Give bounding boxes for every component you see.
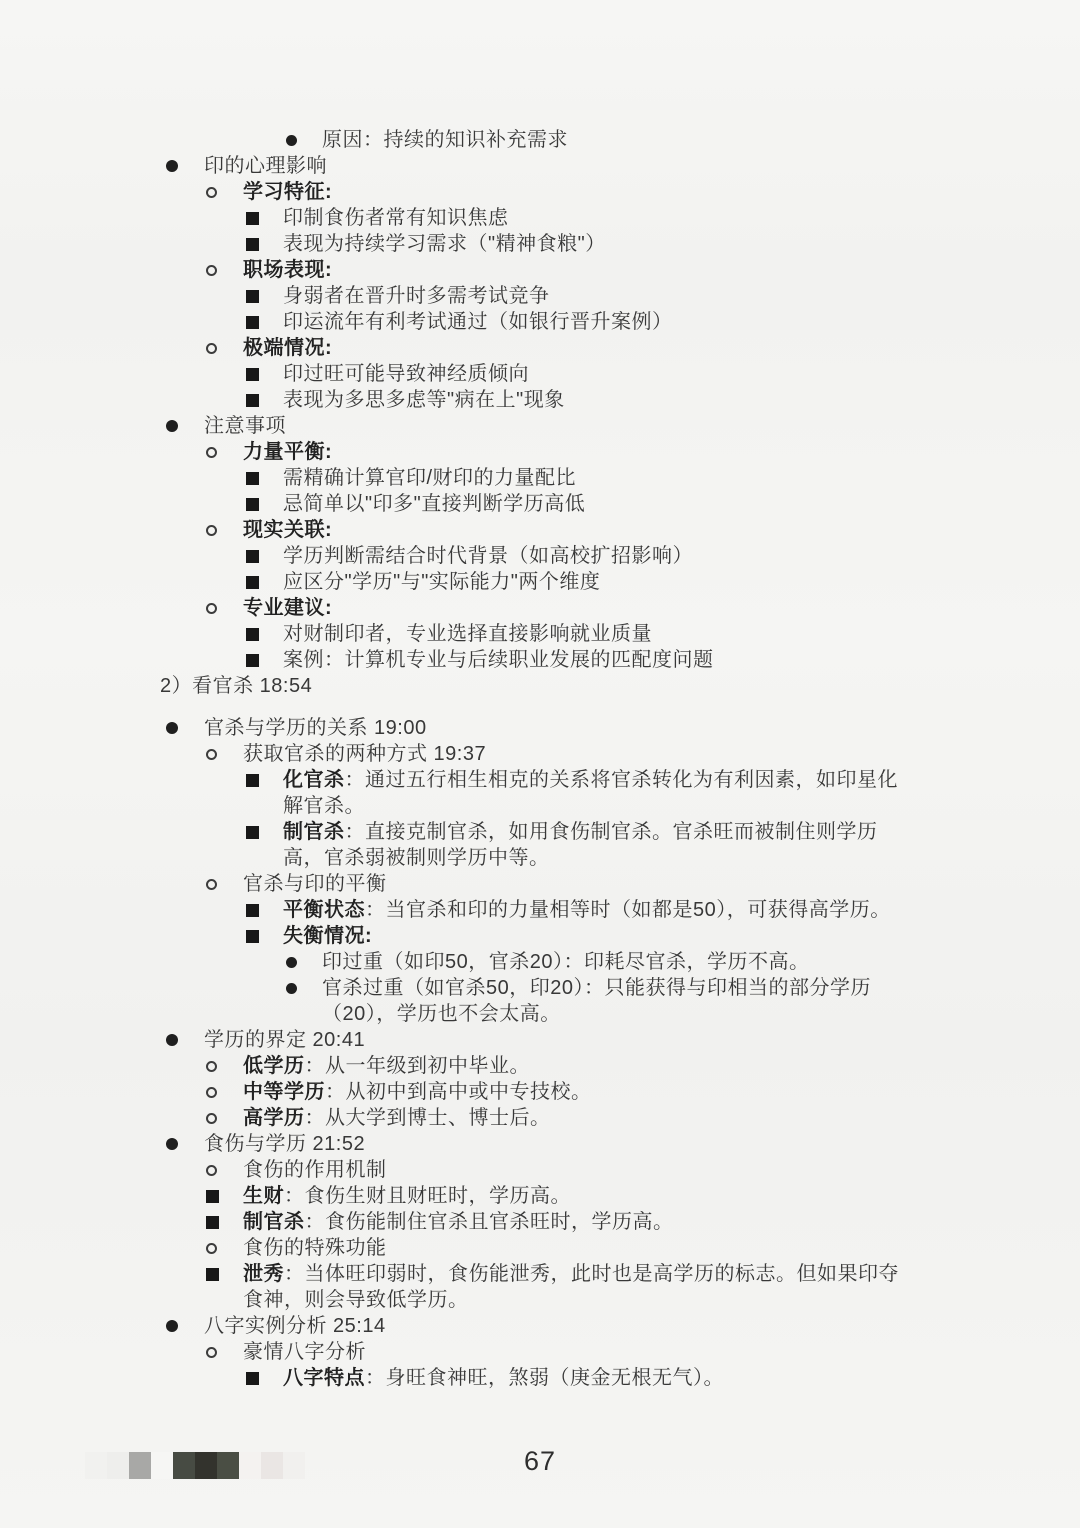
outline-item: 中等学历：从初中到高中或中专技校。: [0, 1079, 915, 1105]
square-bullet-icon: [246, 621, 283, 641]
circle-bullet-icon: [206, 1157, 243, 1176]
square-bullet-icon: [246, 387, 283, 407]
outline-item: 印的心理影响: [0, 153, 915, 179]
outline-body-text: 官杀与印的平衡: [243, 873, 387, 895]
outline-item: 印过旺可能导致神经质倾向: [0, 361, 915, 387]
circle-bullet-icon: [206, 439, 243, 458]
outline-item: 学习特征:: [0, 179, 915, 205]
outline-body-text: 食伤的作用机制: [243, 1159, 387, 1181]
bullet-icon: [286, 975, 322, 994]
outline-term: 现实关联:: [243, 519, 332, 541]
outline-text: 官杀过重（如官杀50，印20）：只能获得与印相当的部分学历（20），学历也不会太…: [322, 975, 915, 1027]
outline-text: 官杀与学历的关系 19:00: [204, 715, 915, 741]
outline-body-text: 学历的界定 20:41: [204, 1029, 365, 1051]
square-bullet-icon: [246, 923, 283, 943]
outline-text: 现实关联:: [243, 517, 915, 543]
outline-item: 极端情况:: [0, 335, 915, 361]
bullet-icon: [286, 127, 322, 146]
outline-text: 学习特征:: [243, 179, 915, 205]
circle-bullet-icon: [206, 871, 243, 890]
outline-text: 案例：计算机专业与后续职业发展的匹配度问题: [283, 647, 915, 673]
outline-body-text: 应区分"学历"与"实际能力"两个维度: [283, 571, 600, 593]
outline-item: 身弱者在晋升时多需考试竞争: [0, 283, 915, 309]
outline-text: 2）看官杀 18:54: [160, 673, 915, 699]
outline-text: 获取官杀的两种方式 19:37: [243, 741, 915, 767]
square-bullet-icon: [246, 897, 283, 917]
bullet-icon: [166, 1313, 204, 1332]
outline-item: 原因：持续的知识补充需求: [0, 127, 915, 153]
outline-text: 中等学历：从初中到高中或中专技校。: [243, 1079, 915, 1105]
outline-item: 失衡情况:: [0, 923, 915, 949]
bullet-icon: [166, 715, 204, 734]
outline-item: 表现为持续学习需求（"精神食粮"）: [0, 231, 915, 257]
outline-text: 低学历：从一年级到初中毕业。: [243, 1053, 915, 1079]
outline-item: 八字实例分析 25:14: [0, 1313, 915, 1339]
outline-item: 低学历：从一年级到初中毕业。: [0, 1053, 915, 1079]
outline-text: 豪情八字分析: [243, 1339, 915, 1365]
outline-item: 官杀与学历的关系 19:00: [0, 715, 915, 741]
outline-text: 印的心理影响: [204, 153, 915, 179]
outline-body-text: 印过旺可能导致神经质倾向: [283, 363, 529, 385]
outline-term: 高学历: [243, 1107, 305, 1129]
outline-text: 八字实例分析 25:14: [204, 1313, 915, 1339]
outline-item: 对财制印者，专业选择直接影响就业质量: [0, 621, 915, 647]
outline-text: 力量平衡:: [243, 439, 915, 465]
outline-term: 职场表现:: [243, 259, 332, 281]
outline-body-text: 印过重（如印50，官杀20）：印耗尽官杀，学历不高。: [322, 951, 810, 973]
circle-bullet-icon: [206, 1105, 243, 1124]
outline-item: 专业建议:: [0, 595, 915, 621]
outline-item: 现实关联:: [0, 517, 915, 543]
outline-item: 豪情八字分析: [0, 1339, 915, 1365]
outline: 原因：持续的知识补充需求印的心理影响学习特征:印制食伤者常有知识焦虑表现为持续学…: [0, 127, 915, 1391]
square-bullet-icon: [206, 1183, 243, 1203]
outline-term: 泄秀: [243, 1263, 284, 1285]
outline-body-text: 需精确计算官印/财印的力量配比: [283, 467, 576, 489]
outline-item: 2）看官杀 18:54: [0, 673, 915, 699]
outline-body-text: 2）看官杀 18:54: [160, 675, 312, 697]
square-bullet-icon: [246, 647, 283, 667]
outline-body-text: 案例：计算机专业与后续职业发展的匹配度问题: [283, 649, 714, 671]
outline-text: 印过旺可能导致神经质倾向: [283, 361, 915, 387]
outline-text: 学历的界定 20:41: [204, 1027, 915, 1053]
bullet-icon: [166, 1131, 204, 1150]
outline-text: 极端情况:: [243, 335, 915, 361]
outline-text: 对财制印者，专业选择直接影响就业质量: [283, 621, 915, 647]
outline-item: 学历的界定 20:41: [0, 1027, 915, 1053]
outline-text: 制官杀：食伤能制住官杀且官杀旺时，学历高。: [243, 1209, 915, 1235]
outline-text: 表现为多思多虑等"病在上"现象: [283, 387, 915, 413]
outline-text: 注意事项: [204, 413, 915, 439]
outline-item: 平衡状态：当官杀和印的力量相等时（如都是50），可获得高学历。: [0, 897, 915, 923]
outline-text: 食伤的作用机制: [243, 1157, 915, 1183]
circle-bullet-icon: [206, 595, 243, 614]
outline-body-text: 表现为持续学习需求（"精神食粮"）: [283, 233, 606, 255]
bullet-icon: [286, 949, 322, 968]
circle-bullet-icon: [206, 257, 243, 276]
square-bullet-icon: [246, 465, 283, 485]
outline-item: 力量平衡:: [0, 439, 915, 465]
outline-item: 表现为多思多虑等"病在上"现象: [0, 387, 915, 413]
outline-body-text: 表现为多思多虑等"病在上"现象: [283, 389, 565, 411]
outline-text: 职场表现:: [243, 257, 915, 283]
outline-body-text: ：直接克制官杀，如用食伤制官杀。官杀旺而被制住则学历高，官杀弱被制则学历中等。: [283, 821, 878, 869]
square-bullet-icon: [246, 361, 283, 381]
outline-item: 食伤的特殊功能: [0, 1235, 915, 1261]
outline-text: 专业建议:: [243, 595, 915, 621]
outline-text: 食伤与学历 21:52: [204, 1131, 915, 1157]
outline-term: 八字特点: [283, 1367, 365, 1389]
outline-term: 低学历: [243, 1055, 305, 1077]
outline-text: 表现为持续学习需求（"精神食粮"）: [283, 231, 915, 257]
page-footer: 67: [0, 1444, 1080, 1504]
outline-body-text: ：从初中到高中或中专技校。: [325, 1081, 592, 1103]
outline-text: 原因：持续的知识补充需求: [322, 127, 915, 153]
outline-item: 高学历：从大学到博士、博士后。: [0, 1105, 915, 1131]
outline-item: 生财：食伤生财且财旺时，学历高。: [0, 1183, 915, 1209]
outline-item: 忌简单以"印多"直接判断学历高低: [0, 491, 915, 517]
circle-bullet-icon: [206, 1079, 243, 1098]
outline-term: 中等学历: [243, 1081, 325, 1103]
outline-body-text: ：食伤生财且财旺时，学历高。: [284, 1185, 571, 1207]
outline-body-text: 注意事项: [204, 415, 286, 437]
circle-bullet-icon: [206, 1053, 243, 1072]
outline-text: 身弱者在晋升时多需考试竞争: [283, 283, 915, 309]
outline-body-text: 官杀与学历的关系 19:00: [204, 717, 427, 739]
square-bullet-icon: [246, 767, 283, 787]
outline-body-text: 八字实例分析 25:14: [204, 1315, 386, 1337]
outline-item: 应区分"学历"与"实际能力"两个维度: [0, 569, 915, 595]
outline-body-text: 食伤的特殊功能: [243, 1237, 387, 1259]
square-bullet-icon: [246, 543, 283, 563]
square-bullet-icon: [246, 1365, 283, 1385]
outline-item: 印运流年有利考试通过（如银行晋升案例）: [0, 309, 915, 335]
outline-item: 注意事项: [0, 413, 915, 439]
outline-text: 生财：食伤生财且财旺时，学历高。: [243, 1183, 915, 1209]
outline-body-text: ：食伤能制住官杀且官杀旺时，学历高。: [305, 1211, 674, 1233]
outline-item: 获取官杀的两种方式 19:37: [0, 741, 915, 767]
outline-body-text: ：当体旺印弱时，食伤能泄秀，此时也是高学历的标志。但如果印夺食神，则会导致低学历…: [243, 1263, 899, 1311]
outline-term: 力量平衡:: [243, 441, 332, 463]
bullet-icon: [166, 153, 204, 172]
outline-item: 食伤与学历 21:52: [0, 1131, 915, 1157]
outline-body-text: ：当官杀和印的力量相等时（如都是50），可获得高学历。: [365, 899, 891, 921]
outline-text: 学历判断需结合时代背景（如高校扩招影响）: [283, 543, 915, 569]
square-bullet-icon: [246, 491, 283, 511]
outline-text: 印运流年有利考试通过（如银行晋升案例）: [283, 309, 915, 335]
square-bullet-icon: [246, 819, 283, 839]
outline-item: 官杀与印的平衡: [0, 871, 915, 897]
circle-bullet-icon: [206, 1235, 243, 1254]
outline-term: 学习特征:: [243, 181, 332, 203]
outline-item: 化官杀：通过五行相生相克的关系将官杀转化为有利因素，如印星化解官杀。: [0, 767, 915, 819]
outline-item: 官杀过重（如官杀50，印20）：只能获得与印相当的部分学历（20），学历也不会太…: [0, 975, 915, 1027]
circle-bullet-icon: [206, 1339, 243, 1358]
outline-item: 食伤的作用机制: [0, 1157, 915, 1183]
outline-body-text: 身弱者在晋升时多需考试竞争: [283, 285, 550, 307]
outline-item: 需精确计算官印/财印的力量配比: [0, 465, 915, 491]
outline-text: 泄秀：当体旺印弱时，食伤能泄秀，此时也是高学历的标志。但如果印夺食神，则会导致低…: [243, 1261, 915, 1313]
outline-term: 制官杀: [243, 1211, 305, 1233]
outline-body-text: ：从一年级到初中毕业。: [305, 1055, 531, 1077]
outline-text: 食伤的特殊功能: [243, 1235, 915, 1261]
square-bullet-icon: [246, 309, 283, 329]
outline-term: 专业建议:: [243, 597, 332, 619]
bullet-icon: [166, 1027, 204, 1046]
outline-item: 印过重（如印50，官杀20）：印耗尽官杀，学历不高。: [0, 949, 915, 975]
circle-bullet-icon: [206, 179, 243, 198]
square-bullet-icon: [246, 569, 283, 589]
square-bullet-icon: [246, 283, 283, 303]
circle-bullet-icon: [206, 335, 243, 354]
square-bullet-icon: [246, 205, 283, 225]
outline-item: 印制食伤者常有知识焦虑: [0, 205, 915, 231]
outline-body-text: 学历判断需结合时代背景（如高校扩招影响）: [283, 545, 693, 567]
outline-body-text: 忌简单以"印多"直接判断学历高低: [283, 493, 585, 515]
outline-body-text: 获取官杀的两种方式 19:37: [243, 743, 486, 765]
outline-text: 忌简单以"印多"直接判断学历高低: [283, 491, 915, 517]
outline-text: 失衡情况:: [283, 923, 915, 949]
outline-text: 平衡状态：当官杀和印的力量相等时（如都是50），可获得高学历。: [283, 897, 915, 923]
outline-body-text: 印制食伤者常有知识焦虑: [283, 207, 509, 229]
outline-item: 学历判断需结合时代背景（如高校扩招影响）: [0, 543, 915, 569]
outline-body-text: 印的心理影响: [204, 155, 327, 177]
square-bullet-icon: [206, 1261, 243, 1281]
outline-text: 八字特点：身旺食神旺，煞弱（庚金无根无气）。: [283, 1365, 915, 1391]
circle-bullet-icon: [206, 741, 243, 760]
outline-text: 官杀与印的平衡: [243, 871, 915, 897]
outline-body-text: 官杀过重（如官杀50，印20）：只能获得与印相当的部分学历（20），学历也不会太…: [322, 977, 871, 1025]
outline-text: 印制食伤者常有知识焦虑: [283, 205, 915, 231]
outline-item: 制官杀：直接克制官杀，如用食伤制官杀。官杀旺而被制住则学历高，官杀弱被制则学历中…: [0, 819, 915, 871]
outline-term: 化官杀: [283, 769, 345, 791]
outline-term: 制官杀: [283, 821, 345, 843]
outline-text: 制官杀：直接克制官杀，如用食伤制官杀。官杀旺而被制住则学历高，官杀弱被制则学历中…: [283, 819, 915, 871]
outline-term: 失衡情况:: [283, 925, 372, 947]
circle-bullet-icon: [206, 517, 243, 536]
outline-body-text: ：通过五行相生相克的关系将官杀转化为有利因素，如印星化解官杀。: [283, 769, 898, 817]
outline-body-text: 豪情八字分析: [243, 1341, 366, 1363]
outline-term: 极端情况:: [243, 337, 332, 359]
outline-body-text: ：身旺食神旺，煞弱（庚金无根无气）。: [365, 1367, 724, 1389]
outline-text: 高学历：从大学到博士、博士后。: [243, 1105, 915, 1131]
outline-item: 案例：计算机专业与后续职业发展的匹配度问题: [0, 647, 915, 673]
outline-item: 泄秀：当体旺印弱时，食伤能泄秀，此时也是高学历的标志。但如果印夺食神，则会导致低…: [0, 1261, 915, 1313]
outline-body-text: 食伤与学历 21:52: [204, 1133, 365, 1155]
square-bullet-icon: [246, 231, 283, 251]
outline-body-text: 印运流年有利考试通过（如银行晋升案例）: [283, 311, 673, 333]
outline-item: 职场表现:: [0, 257, 915, 283]
outline-text: 化官杀：通过五行相生相克的关系将官杀转化为有利因素，如印星化解官杀。: [283, 767, 915, 819]
outline-text: 印过重（如印50，官杀20）：印耗尽官杀，学历不高。: [322, 949, 915, 975]
outline-body-text: 对财制印者，专业选择直接影响就业质量: [283, 623, 652, 645]
outline-item: 制官杀：食伤能制住官杀且官杀旺时，学历高。: [0, 1209, 915, 1235]
outline-term: 平衡状态: [283, 899, 365, 921]
outline-text: 需精确计算官印/财印的力量配比: [283, 465, 915, 491]
outline-text: 应区分"学历"与"实际能力"两个维度: [283, 569, 915, 595]
outline-body-text: 原因：持续的知识补充需求: [322, 129, 568, 151]
square-bullet-icon: [206, 1209, 243, 1229]
outline-item: 八字特点：身旺食神旺，煞弱（庚金无根无气）。: [0, 1365, 915, 1391]
outline-term: 生财: [243, 1185, 284, 1207]
bullet-icon: [166, 413, 204, 432]
page-number: 67: [0, 1446, 1080, 1477]
outline-body-text: ：从大学到博士、博士后。: [305, 1107, 551, 1129]
document-page: 原因：持续的知识补充需求印的心理影响学习特征:印制食伤者常有知识焦虑表现为持续学…: [0, 0, 1080, 1528]
